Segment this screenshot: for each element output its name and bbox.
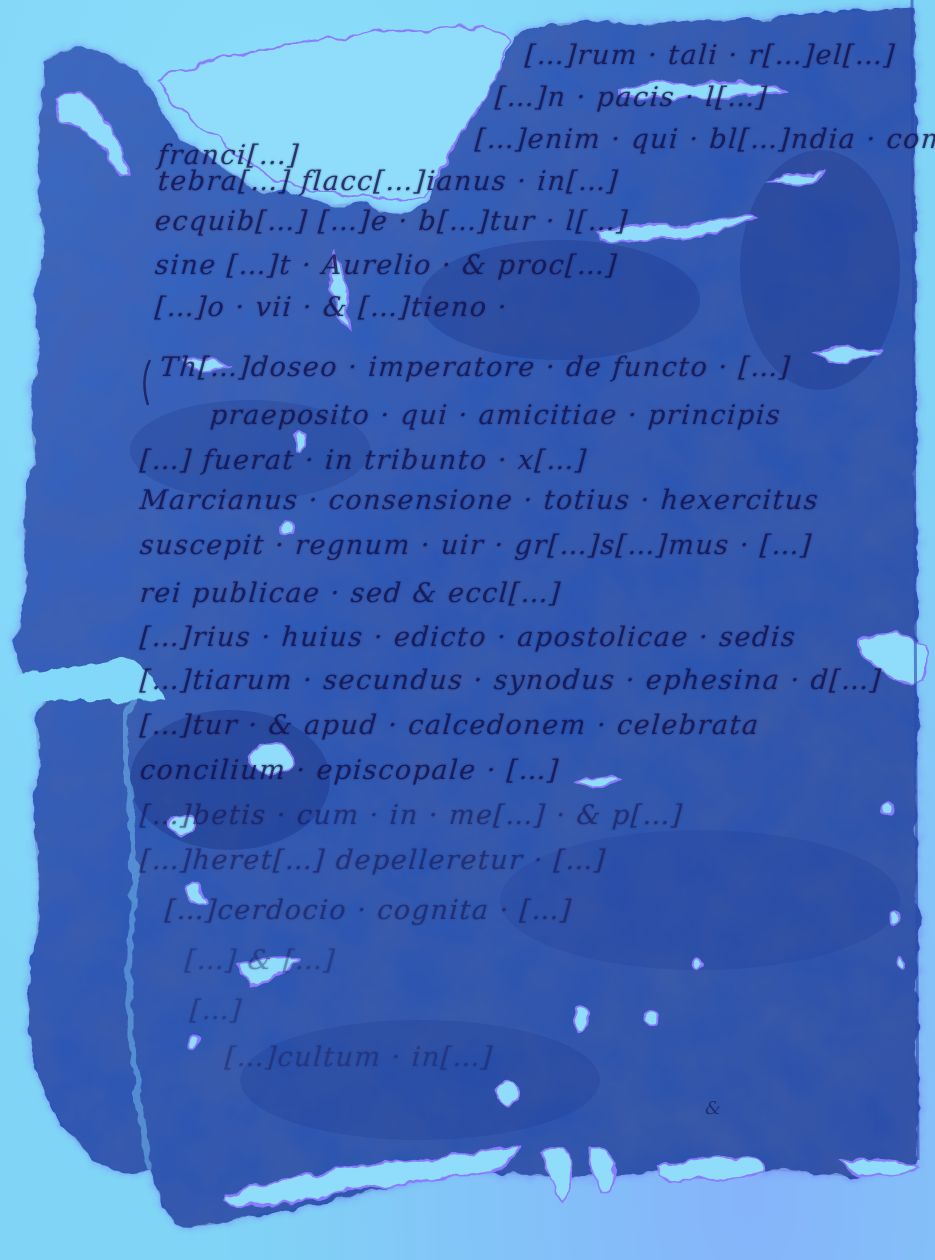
text-line-6: ecquib[…] […]e · b[…]tur · l[…] (154, 206, 630, 237)
text-line-12: Marcianus · consensione · totius · hexer… (139, 485, 820, 516)
manuscript-text: […]rum · tali · r[…]el[…] […]n · pacis ·… (0, 0, 935, 1260)
text-line-13: suscepit · regnum · uir · gr[…]s[…]mus ·… (139, 530, 814, 561)
text-line-17: […]tur · & apud · calcedonem · celebrata (139, 710, 761, 741)
text-line-22: […] & […] (184, 945, 337, 976)
text-line-7: sine […]t · Aurelio · & proc[…] (154, 250, 619, 281)
margin-mark: & (705, 1098, 721, 1119)
text-line-9: Th[…]doseo · imperatore · de functo · […… (159, 352, 792, 383)
text-line-21: […]cerdocio · cognita · […] (164, 895, 573, 926)
text-line-10: praeposito · qui · amicitiae · principis (209, 400, 783, 431)
text-line-18: concilium · episcopale · […] (139, 755, 561, 786)
text-line-11: […] fuerat · in tribunto · x[…] (139, 445, 588, 476)
text-line-14: rei publicae · sed & eccl[…] (139, 578, 563, 609)
text-line-23: […] (189, 995, 244, 1026)
text-line-24: […]cultum · in[…] (224, 1042, 495, 1073)
text-line-8: […]o · vii · & […]tieno · (154, 292, 509, 323)
text-line-1: […]rum · tali · r[…]el[…] (524, 40, 897, 71)
text-line-3: […]enim · qui · bl[…]ndia · compel (474, 124, 935, 155)
text-line-2: […]n · pacis · l[…] (494, 82, 769, 113)
text-line-19: […]betis · cum · in · me[…] · & p[…] (139, 800, 685, 831)
text-line-5: tebra[…] flacc[…]ianus · in[…] (157, 166, 620, 197)
text-line-16: […]tiarum · secundus · synodus · ephesin… (139, 665, 883, 696)
text-line-15: […]rius · huius · edicto · apostolicae ·… (139, 622, 797, 653)
text-line-20: […]heret[…] depelleretur · […] (139, 845, 608, 876)
